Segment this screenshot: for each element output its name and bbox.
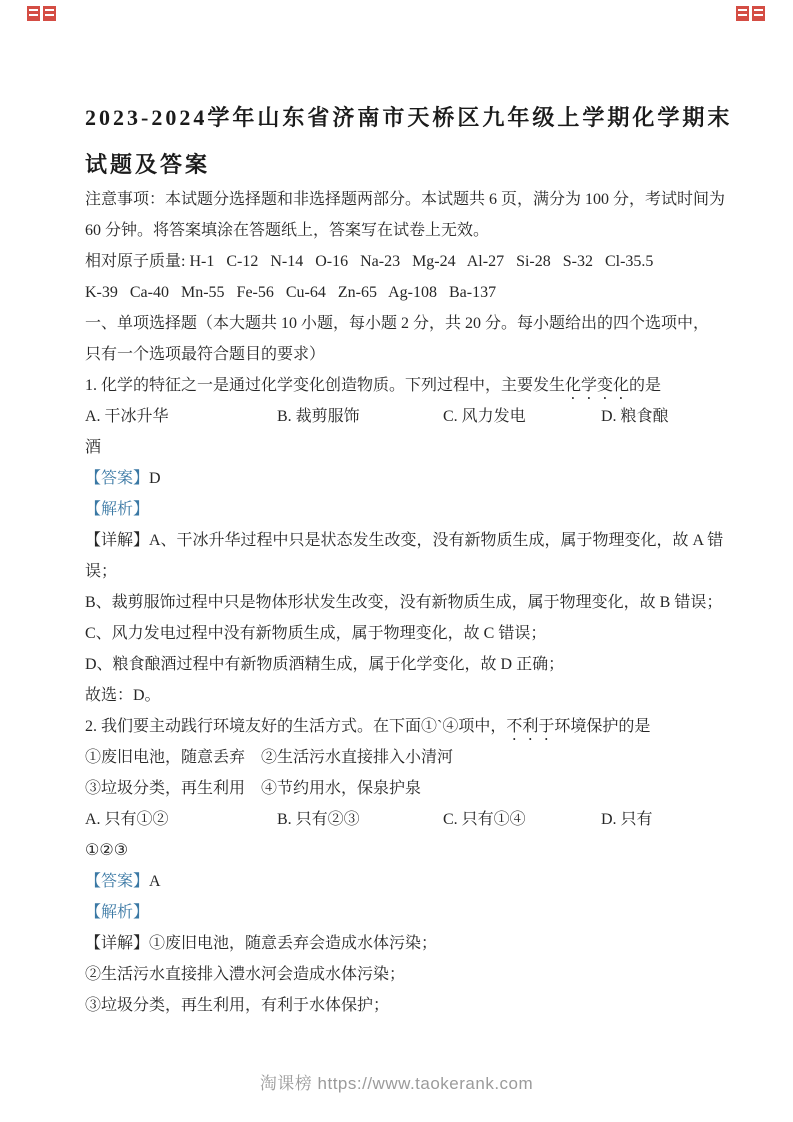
question-1-answer: 【答案】D (85, 469, 745, 489)
section-heading-line-1: 一、单项选择题（本大题共 10 小题，每小题 2 分，共 20 分。每小题给出的… (85, 314, 745, 334)
question-2-stem: 2. 我们要主动践行环境友好的生活方式。在下面①`④项中，不利于环境保护的是 (85, 717, 745, 737)
question-2-items-12: ①废旧电池，随意丢弃 ②生活污水直接排入小清河 (85, 748, 745, 768)
question-2-items-34: ③垃圾分类，再生利用 ④节约用水，保泉护泉 (85, 779, 745, 799)
atomic-mass-line-1: 相对原子质量: H-1 C-12 N-14 O-16 Na-23 Mg-24 A… (85, 252, 745, 272)
text-run: 只有一个选项最符合题目的要求） (85, 346, 325, 363)
text-run: 60 分钟。将答案填涂在答题纸上，答案写在试卷上无效。 (85, 222, 489, 239)
option-item: B. 裁剪服饰 (277, 407, 360, 426)
text-run: K-39 Ca-40 Mn-55 Fe-56 Cu-64 Zn-65 Ag-10… (85, 284, 496, 301)
option-item: D. 粮食酿 (601, 407, 669, 426)
text-run: A (149, 873, 161, 890)
exam-title-line-1: 2023-2024学年山东省济南市天桥区九年级上学期化学期末 (85, 101, 725, 132)
text-run: ①废旧电池，随意丢弃 ②生活污水直接排入小清河 (85, 749, 453, 766)
question-2-detail-2: ②生活污水直接排入澧水河会造成水体污染； (85, 965, 745, 985)
red-stamp-right (736, 6, 766, 21)
emphasized-text: 不利于 (506, 718, 554, 735)
question-1-option-wrap: 酒 (85, 438, 745, 458)
section-heading-line-2: 只有一个选项最符合题目的要求） (85, 345, 745, 365)
text-run: 2. 我们要主动践行环境友好的生活方式。在下面①`④项中， (85, 718, 506, 735)
red-stamp-glyph (736, 6, 749, 21)
exam-document-page: 2023-2024学年山东省济南市天桥区九年级上学期化学期末 试题及答案 注意事… (0, 0, 793, 1122)
text-run: 酒 (85, 439, 101, 456)
watermark-footer: 淘课榜 https://www.taokerank.com (0, 1069, 793, 1094)
text-run: 一、单项选择题（本大题共 10 小题，每小题 2 分，共 20 分。每小题给出的… (85, 315, 709, 332)
question-1-analysis-tag: 【解析】 (85, 500, 745, 520)
question-2-answer: 【答案】A (85, 872, 745, 892)
exam-title-line-2: 试题及答案 (85, 148, 725, 179)
question-2-detail-3: ③垃圾分类，再生利用，有利于水体保护； (85, 996, 745, 1016)
text-run: 环境保护的是 (554, 718, 650, 735)
text-run: 注意事项：本试题分选择题和非选择题两部分。本试题共 6 页，满分为 100 分，… (85, 191, 725, 208)
text-run: D (149, 470, 161, 487)
question-2-analysis-tag: 【解析】 (85, 903, 745, 923)
red-stamp-left (27, 6, 57, 21)
question-2-option-wrap: ①②③ (85, 841, 745, 861)
question-1-stem: 1. 化学的特征之一是通过化学变化创造物质。下列过程中，主要发生化学变化的是 (85, 376, 745, 396)
atomic-mass-line-2: K-39 Ca-40 Mn-55 Fe-56 Cu-64 Zn-65 Ag-10… (85, 283, 745, 303)
option-item: C. 只有①④ (443, 810, 526, 829)
question-2-detail-1: 【详解】①废旧电池，随意丢弃会造成水体污染； (85, 934, 745, 954)
text-run: ③垃圾分类，再生利用 ④节约用水，保泉护泉 (85, 780, 421, 797)
question-1-detail-d: D、粮食酿酒过程中有新物质酒精生成，属于化学变化，故 D 正确； (85, 655, 745, 675)
answer-analysis-tag: 【解析】 (85, 904, 149, 921)
text-run: 1. 化学的特征之一是通过化学变化创造物质。下列过程中，主要发生 (85, 377, 565, 394)
option-item: A. 干冰升华 (85, 407, 169, 426)
text-run: ③垃圾分类，再生利用，有利于水体保护； (85, 997, 389, 1014)
text-run: 【详解】①废旧电池，随意丢弃会造成水体污染； (85, 935, 437, 952)
answer-analysis-tag: 【解析】 (85, 501, 149, 518)
question-1-detail-a2: 误； (85, 562, 745, 582)
text-run: 相对原子质量: H-1 C-12 N-14 O-16 Na-23 Mg-24 A… (85, 253, 653, 270)
emphasized-text: 化学变化 (565, 377, 629, 394)
notice-line-2: 60 分钟。将答案填涂在答题纸上，答案写在试卷上无效。 (85, 221, 745, 241)
question-1-options: A. 干冰升华B. 裁剪服饰C. 风力发电D. 粮食酿 (85, 407, 745, 427)
question-2-options: A. 只有①②B. 只有②③C. 只有①④D. 只有 (85, 810, 745, 830)
question-1-detail-b: B、裁剪服饰过程中只是物体形状发生改变，没有新物质生成，属于物理变化，故 B 错… (85, 593, 745, 613)
red-stamp-glyph (752, 6, 765, 21)
option-item: C. 风力发电 (443, 407, 526, 426)
red-stamp-glyph (27, 6, 40, 21)
text-run: B、裁剪服饰过程中只是物体形状发生改变，没有新物质生成，属于物理变化，故 B 错… (85, 594, 722, 611)
answer-analysis-tag: 【答案】 (85, 470, 149, 487)
question-1-conclusion: 故选：D。 (85, 686, 745, 706)
option-item: D. 只有 (601, 810, 653, 829)
text-run: 的是 (629, 377, 661, 394)
text-run: ②生活污水直接排入澧水河会造成水体污染； (85, 966, 405, 983)
question-1-detail-c: C、风力发电过程中没有新物质生成，属于物理变化，故 C 错误； (85, 624, 745, 644)
text-run: C、风力发电过程中没有新物质生成，属于物理变化，故 C 错误； (85, 625, 546, 642)
red-stamp-glyph (43, 6, 56, 21)
question-1-detail-a1: 【详解】A、干冰升华过程中只是状态发生改变，没有新物质生成，属于物理变化，故 A… (85, 531, 745, 551)
text-run: 【详解】A、干冰升华过程中只是状态发生改变，没有新物质生成，属于物理变化，故 A… (85, 532, 723, 549)
answer-analysis-tag: 【答案】 (85, 873, 149, 890)
text-run: 故选：D。 (85, 687, 161, 704)
notice-line-1: 注意事项：本试题分选择题和非选择题两部分。本试题共 6 页，满分为 100 分，… (85, 190, 745, 210)
text-run: ①②③ (85, 842, 128, 859)
option-item: B. 只有②③ (277, 810, 360, 829)
option-item: A. 只有①② (85, 810, 169, 829)
text-run: D、粮食酿酒过程中有新物质酒精生成，属于化学变化，故 D 正确； (85, 656, 564, 673)
text-run: 误； (85, 563, 117, 580)
